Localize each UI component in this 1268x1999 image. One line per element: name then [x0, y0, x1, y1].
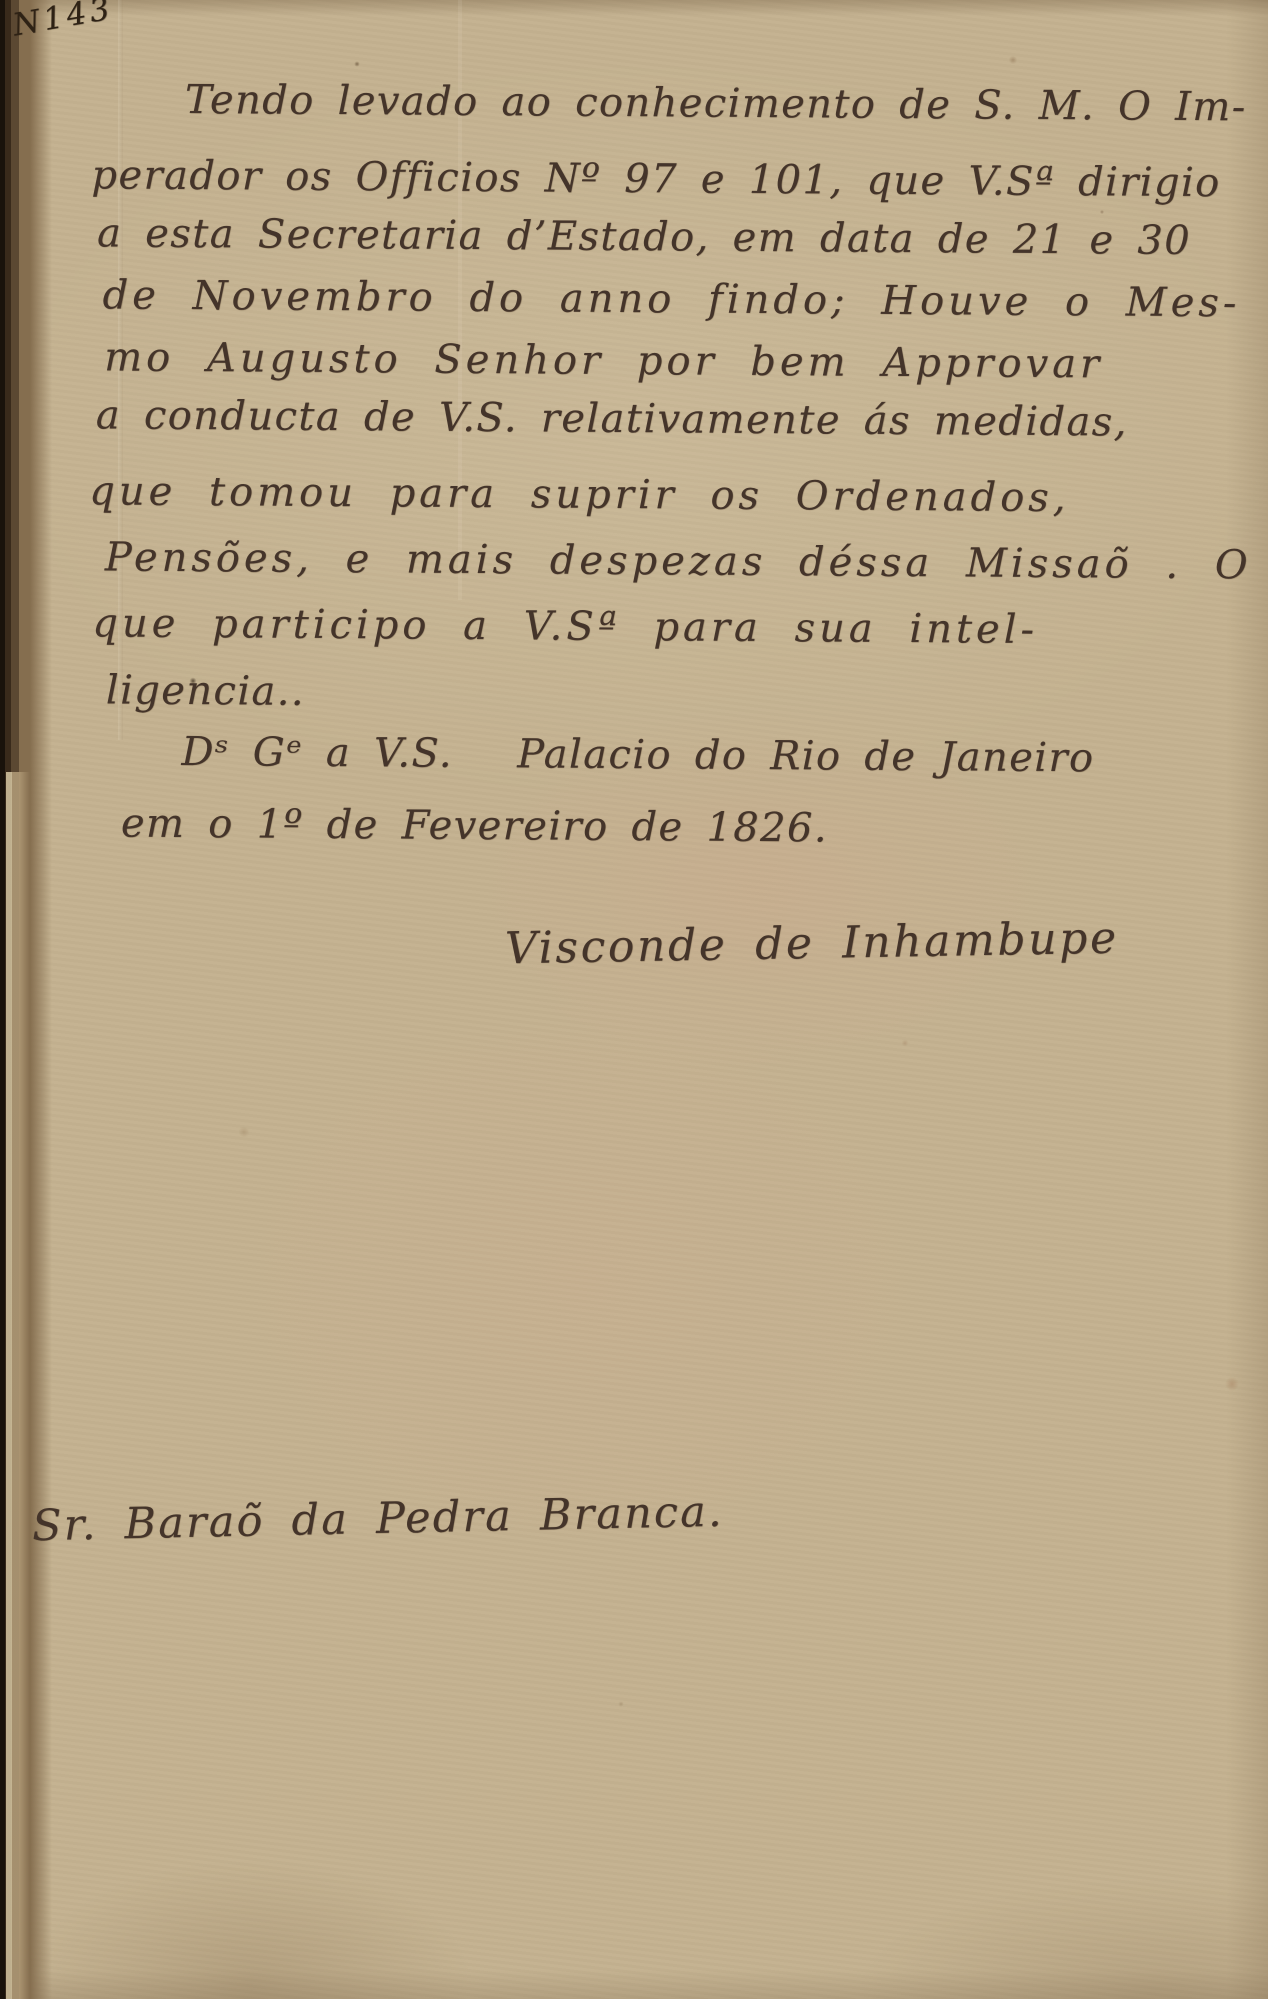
signature-visconde-de-inhambupe: Visconde de Inhambupe [505, 913, 1119, 975]
manuscript-line: a conducta de V.S. relativamente ás medi… [96, 395, 1128, 442]
manuscript-line: ligencia.. [106, 670, 305, 711]
manuscript-line: Pensões, e mais despezas déssa Missaõ . … [105, 537, 1252, 585]
manuscript-line: em o 1º de Fevereiro de 1826. [121, 804, 828, 849]
manuscript-line: de Novembro do anno findo; Houve o Mes- [102, 275, 1240, 323]
manuscript-line: que participo a V.Sª para sua intel- [92, 603, 1038, 650]
manuscript-line: perador os Officios Nº 97 e 101, que V.S… [91, 155, 1220, 203]
manuscript-line: Tendo levado ao conhecimento de S. M. O … [185, 80, 1247, 127]
manuscript-line: que tomou para suprir os Ordenados, [89, 471, 1069, 518]
letter-body: Tendo levado ao conhecimento de S. M. O … [0, 0, 1268, 1999]
manuscript-line: Dˢ Gᵉ a V.S. Palacio do Rio de Janeiro [181, 732, 1094, 778]
manuscript-line: a esta Secretaria d’Estado, em data de 2… [97, 213, 1191, 261]
manuscript-line: mo Augusto Senhor por bem Approvar [104, 337, 1103, 384]
manuscript-page: N143 Tendo levado ao conhecimento de S. … [0, 0, 1268, 1999]
